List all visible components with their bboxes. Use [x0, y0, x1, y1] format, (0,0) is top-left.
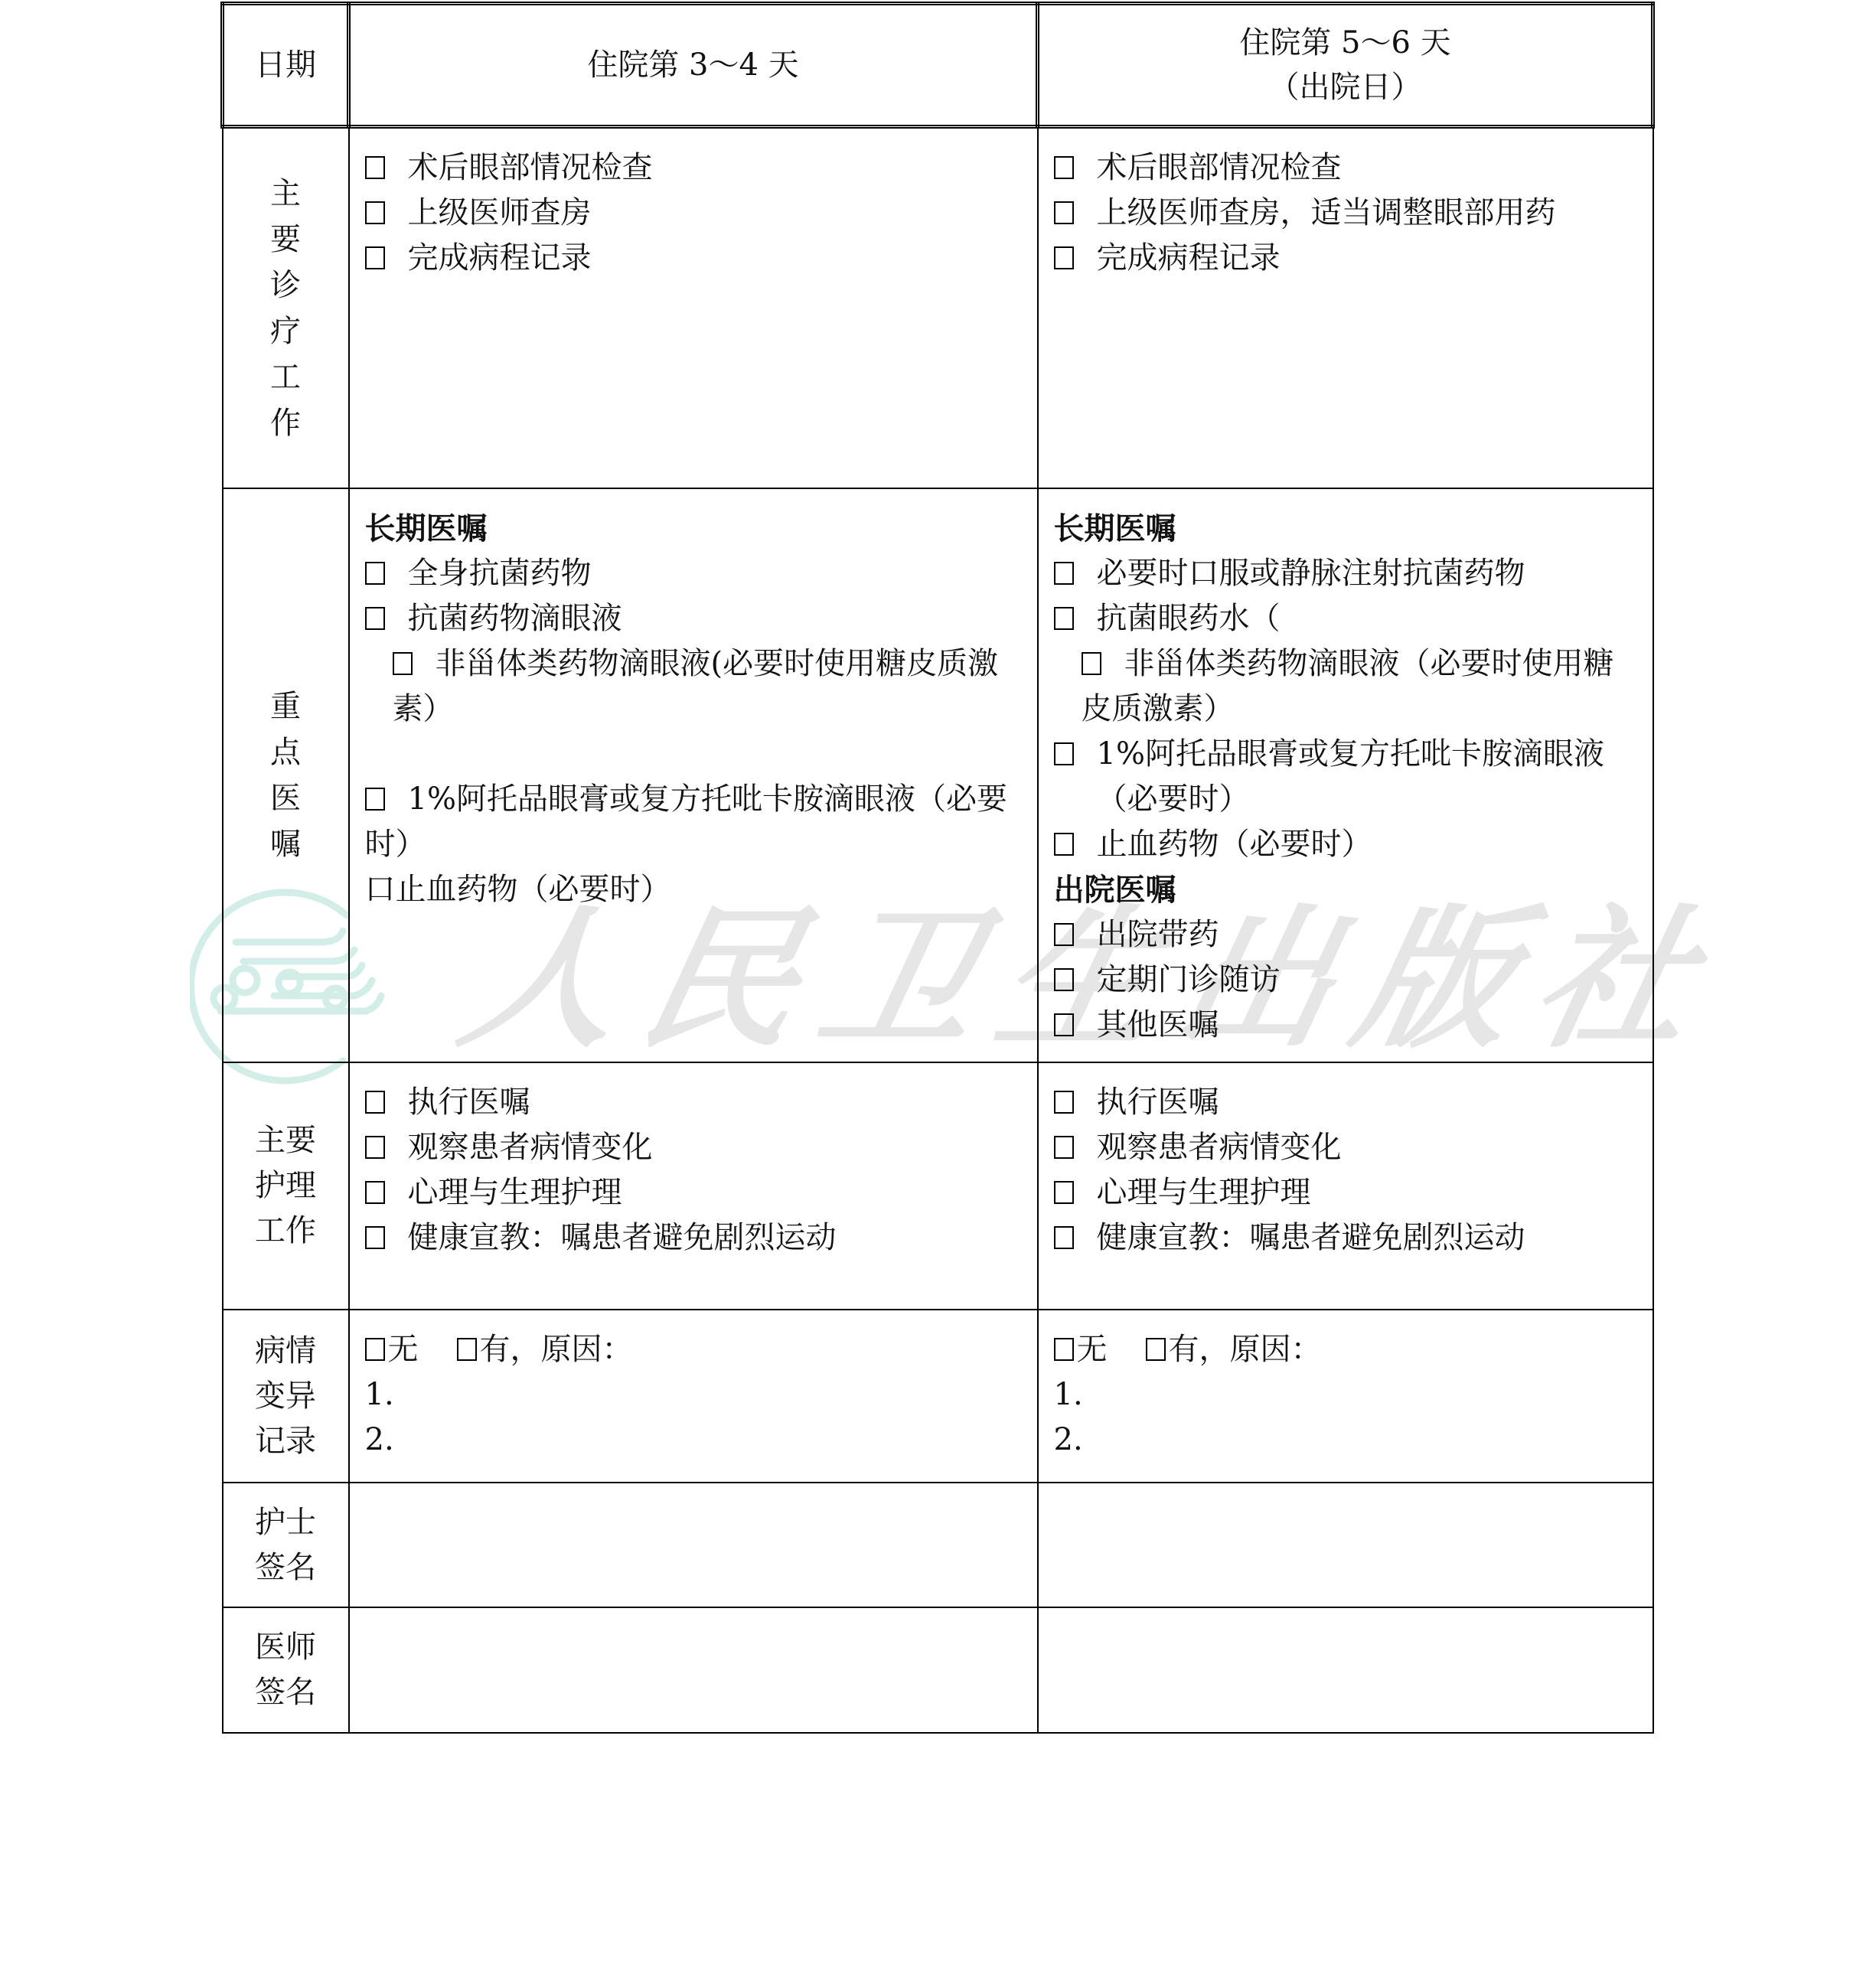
checklist-item[interactable]: 非甾体类药物滴眼液（必要时使用糖皮质激素）	[1054, 641, 1642, 732]
nursing-label: 主要护理工作	[252, 1118, 319, 1254]
variation-reason-2[interactable]: 2.	[1054, 1418, 1642, 1463]
main-work-row: 主要诊疗工作 术后眼部情况检查 上级医师查房 完成病程记录 术后眼部情况检查 上…	[223, 127, 1653, 489]
key-orders-day3-4: 长期医嘱 全身抗菌药物 抗菌药物滴眼液 非甾体类药物滴眼液(必要时使用糖皮质激素…	[349, 488, 1038, 1062]
nurse-signature-day3-4[interactable]	[349, 1483, 1038, 1607]
no-variation-checkbox[interactable]	[1054, 1338, 1074, 1361]
checkbox-icon[interactable]	[365, 156, 385, 179]
checklist-item[interactable]: 健康宣教：嘱患者避免剧烈运动	[365, 1215, 1026, 1261]
checkbox-icon[interactable]	[365, 1181, 385, 1204]
checkbox-icon[interactable]	[1054, 1226, 1074, 1249]
nurse-signature-row: 护士签名	[223, 1483, 1653, 1607]
checklist-item[interactable]: 1%阿托品眼膏或复方托吡卡胺滴眼液（必要时）	[365, 777, 1026, 867]
checkbox-icon[interactable]	[1054, 201, 1074, 224]
variation-options: 无有，原因：	[1054, 1327, 1642, 1372]
variation-label: 病情变异记录	[252, 1329, 319, 1464]
key-orders-day5-6: 长期医嘱 必要时口服或静脉注射抗菌药物 抗菌眼药水（ 非甾体类药物滴眼液（必要时…	[1038, 488, 1653, 1062]
variation-day3-4: 无有，原因： 1. 2.	[349, 1310, 1038, 1483]
variation-label-cell: 病情变异记录	[223, 1310, 349, 1483]
checkbox-icon[interactable]	[1054, 1091, 1074, 1114]
checklist-item-continuation: （必要时）	[1054, 777, 1642, 822]
checklist-item[interactable]: 完成病程记录	[1054, 236, 1642, 281]
discharge-day-note: （出院日）	[1039, 65, 1651, 109]
key-orders-row: 重点医嘱 长期医嘱 全身抗菌药物 抗菌药物滴眼液 非甾体类药物滴眼液(必要时使用…	[223, 488, 1653, 1062]
checkbox-icon[interactable]	[1054, 156, 1074, 179]
checklist-item[interactable]: 其他医嘱	[1054, 1003, 1642, 1048]
checkbox-icon[interactable]	[1054, 742, 1074, 765]
checklist-item[interactable]: 上级医师查房，适当调整眼部用药	[1054, 191, 1642, 236]
long-term-orders-heading: 长期医嘱	[365, 506, 1026, 551]
checkbox-icon[interactable]	[365, 246, 385, 269]
nursing-day5-6: 执行医嘱 观察患者病情变化 心理与生理护理 健康宣教：嘱患者避免剧烈运动	[1038, 1062, 1653, 1310]
has-variation-checkbox[interactable]	[457, 1338, 477, 1361]
day3-4-title: 住院第 3～4 天	[587, 47, 798, 83]
checklist-item[interactable]: 出院带药	[1054, 912, 1642, 958]
doctor-signature-label: 医师签名	[252, 1625, 319, 1715]
no-variation-checkbox[interactable]	[365, 1338, 385, 1361]
checkbox-icon[interactable]	[1082, 652, 1101, 675]
long-term-orders-heading: 长期医嘱	[1054, 506, 1642, 551]
date-label-cell: 日期	[223, 4, 349, 127]
checkbox-icon[interactable]	[1054, 1013, 1074, 1036]
date-label: 日期	[255, 47, 316, 83]
checkbox-icon[interactable]	[1054, 246, 1074, 269]
variation-options: 无有，原因：	[365, 1327, 1026, 1372]
checklist-item[interactable]: 执行医嘱	[365, 1080, 1026, 1125]
main-work-label-cell: 主要诊疗工作	[223, 127, 349, 489]
checkbox-icon[interactable]	[1054, 607, 1074, 630]
checkbox-icon[interactable]	[365, 201, 385, 224]
checkbox-icon[interactable]	[1054, 1181, 1074, 1204]
main-work-day5-6: 术后眼部情况检查 上级医师查房，适当调整眼部用药 完成病程记录	[1038, 127, 1653, 489]
day5-6-header: 住院第 5～6 天 （出院日）	[1038, 4, 1653, 127]
doctor-signature-label-cell: 医师签名	[223, 1607, 349, 1733]
checklist-item[interactable]: 心理与生理护理	[1054, 1170, 1642, 1215]
checkbox-icon[interactable]	[1054, 968, 1074, 991]
variation-row: 病情变异记录 无有，原因： 1. 2. 无有，原因： 1. 2.	[223, 1310, 1653, 1483]
checkbox-icon[interactable]	[1054, 562, 1074, 585]
checklist-item[interactable]: 止血药物（必要时）	[1054, 822, 1642, 867]
checkbox-icon[interactable]	[365, 1136, 385, 1159]
checklist-item[interactable]: 全身抗菌药物	[365, 551, 1026, 596]
checklist-item[interactable]: 完成病程记录	[365, 236, 1026, 281]
doctor-signature-row: 医师签名	[223, 1607, 1653, 1733]
nurse-signature-day5-6[interactable]	[1038, 1483, 1653, 1607]
nursing-row: 主要护理工作 执行医嘱 观察患者病情变化 心理与生理护理 健康宣教：嘱患者避免剧…	[223, 1062, 1653, 1310]
main-work-day3-4: 术后眼部情况检查 上级医师查房 完成病程记录	[349, 127, 1038, 489]
checklist-item[interactable]: 定期门诊随访	[1054, 958, 1642, 1003]
variation-reason-2[interactable]: 2.	[365, 1418, 1026, 1463]
has-variation-checkbox[interactable]	[1146, 1338, 1166, 1361]
checklist-item[interactable]: 术后眼部情况检查	[1054, 145, 1642, 191]
variation-day5-6: 无有，原因： 1. 2.	[1038, 1310, 1653, 1483]
checklist-item[interactable]: 1%阿托品眼膏或复方托吡卡胺滴眼液	[1054, 732, 1642, 777]
checkbox-icon[interactable]	[1054, 1136, 1074, 1159]
checklist-item[interactable]: 观察患者病情变化	[1054, 1125, 1642, 1170]
variation-reason-1[interactable]: 1.	[1054, 1372, 1642, 1418]
checkbox-icon[interactable]	[1054, 833, 1074, 856]
checkbox-icon[interactable]	[365, 1091, 385, 1114]
checkbox-icon[interactable]	[365, 1226, 385, 1249]
checkbox-icon[interactable]	[365, 607, 385, 630]
checklist-item: 口止血药物（必要时）	[365, 867, 1026, 912]
checkbox-icon[interactable]	[393, 652, 413, 675]
header-row: 日期 住院第 3～4 天 住院第 5～6 天 （出院日）	[223, 4, 1653, 127]
day3-4-header: 住院第 3～4 天	[349, 4, 1038, 127]
checklist-item[interactable]: 非甾体类药物滴眼液(必要时使用糖皮质激素）	[365, 641, 1026, 732]
checklist-item[interactable]: 执行医嘱	[1054, 1080, 1642, 1125]
key-orders-label-cell: 重点医嘱	[223, 488, 349, 1062]
checklist-item[interactable]: 必要时口服或静脉注射抗菌药物	[1054, 551, 1642, 596]
checklist-item[interactable]: 术后眼部情况检查	[365, 145, 1026, 191]
clinical-pathway-table: 日期 住院第 3～4 天 住院第 5～6 天 （出院日） 主要诊疗工作 术后眼部…	[220, 2, 1655, 1734]
checkbox-icon[interactable]	[365, 562, 385, 585]
nursing-label-cell: 主要护理工作	[223, 1062, 349, 1310]
checkbox-icon[interactable]	[365, 788, 385, 811]
checklist-item[interactable]: 心理与生理护理	[365, 1170, 1026, 1215]
nurse-signature-label: 护士签名	[252, 1500, 319, 1590]
nursing-day3-4: 执行医嘱 观察患者病情变化 心理与生理护理 健康宣教：嘱患者避免剧烈运动	[349, 1062, 1038, 1310]
checklist-item[interactable]: 上级医师查房	[365, 191, 1026, 236]
discharge-orders-heading: 出院医嘱	[1054, 867, 1642, 912]
checkbox-icon[interactable]	[1054, 923, 1074, 946]
blank-line	[365, 732, 1026, 777]
key-orders-label: 重点医嘱	[269, 683, 302, 867]
checklist-item[interactable]: 抗菌眼药水（	[1054, 596, 1642, 641]
variation-reason-1[interactable]: 1.	[365, 1372, 1026, 1418]
checklist-item[interactable]: 健康宣教：嘱患者避免剧烈运动	[1054, 1215, 1642, 1261]
day5-6-title: 住院第 5～6 天	[1039, 21, 1651, 65]
checklist-item[interactable]: 抗菌药物滴眼液	[365, 596, 1026, 641]
nurse-signature-label-cell: 护士签名	[223, 1483, 349, 1607]
checklist-item[interactable]: 观察患者病情变化	[365, 1125, 1026, 1170]
doctor-signature-day3-4[interactable]	[349, 1607, 1038, 1733]
main-work-label: 主要诊疗工作	[269, 171, 302, 446]
doctor-signature-day5-6[interactable]	[1038, 1607, 1653, 1733]
